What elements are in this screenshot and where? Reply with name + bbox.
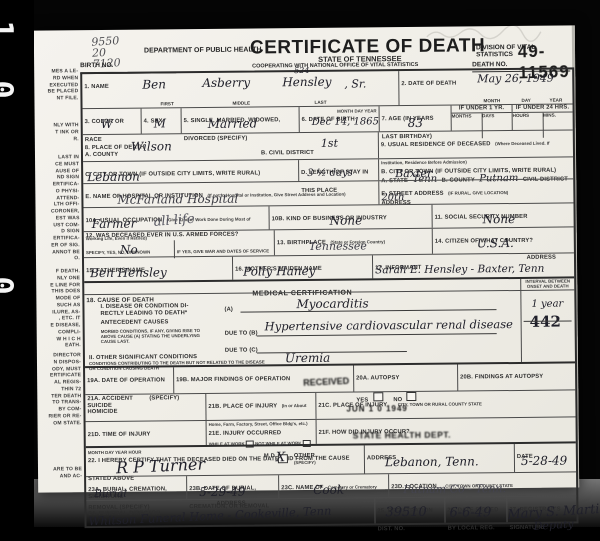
mother-value: Polly Haney	[243, 264, 315, 279]
marital-value: Married	[208, 116, 258, 130]
residence-label: 9. USUAL RESIDENCE OF DECEASED	[381, 141, 491, 148]
certify-address-value: Lebanon, Tenn.	[385, 454, 479, 469]
date-of-operation-label: 19A. DATE OF OPERATION	[87, 377, 165, 384]
accident-label: 21A. ACCIDENT SUICIDE HOMICIDE	[87, 396, 133, 416]
film-edge-mark: 0	[0, 80, 19, 98]
month-sublabel: MONTH	[483, 98, 500, 103]
length-of-stay-value: 3 ½ days	[307, 168, 353, 179]
death-certificate-page: MES A LE- RD WHEN EXECUTED BE PLACED NT …	[34, 25, 579, 492]
occupation-extra-value: all life	[153, 212, 195, 230]
cause-c-label: DUE TO (C)	[225, 347, 258, 354]
md-check-mark: X	[276, 450, 285, 465]
place-of-injury-b-label: 21B. PLACE OF INJURY	[208, 403, 277, 410]
funeral-director-value: Whitson Funeral Home - Cookeville, Tenn	[88, 504, 331, 529]
morbid-note: MORBID CONDITIONS, IF ANY, GIVING RISE T…	[101, 328, 213, 344]
civil-district-value: 1st	[321, 137, 338, 150]
business-value: None	[330, 213, 363, 227]
civil-district-label: B. CIVIL DISTRICT	[261, 150, 314, 157]
interval-header: INTERVAL BETWEEN ONSET AND DEATH	[521, 278, 574, 289]
date-received-stamp: JUN 1 0 1949	[346, 404, 407, 414]
other-label: OTHER	[294, 453, 315, 460]
cause-line1-label: I. DISEASE OR CONDITION DI- RECTLY LEADI…	[100, 303, 188, 317]
residence-city-value: Baxter	[395, 167, 432, 180]
cause-b-label: DUE TO (B)	[225, 330, 258, 337]
last-sublabel: LAST	[314, 100, 326, 105]
autopsy-findings-label: 20B. FINDINGS AT AUTOPSY	[460, 374, 543, 381]
hospital-value: McFarland Hospital	[117, 192, 238, 207]
date-of-death-value: May 26, 1949	[477, 72, 554, 86]
burial-location-value: Putnam Co - Tenn.	[403, 482, 506, 496]
margin-note: F DEATH. NLY ONE E LINE FOR THIS DOES MO…	[36, 268, 81, 349]
time-of-injury-label: 21D. TIME OF INJURY	[88, 432, 151, 439]
margin-note: ARE TO BE AND AC-	[38, 466, 82, 480]
street-address-note: (IF RURAL, GIVE LOCATION)	[448, 190, 508, 196]
film-edge-strip: 1 0 0	[0, 0, 34, 541]
informant-value: Sarah E. Hensley - Baxter, Tenn	[375, 263, 544, 277]
date-signed-value: 6-6-49	[449, 505, 491, 520]
county-value: Wilson	[131, 139, 172, 153]
dob-value: Dec 14, 1865	[312, 116, 379, 128]
burial-date-value: 5-29-49	[199, 485, 245, 499]
name-label: 1. NAME	[84, 84, 109, 90]
registration-dist-value: 39510	[385, 505, 427, 520]
registration-row: 24. FUNERAL DIRECTOR ADDRESS Whitson Fun…	[86, 495, 576, 526]
antecedent-label: ANTECEDENT CAUSES	[101, 319, 169, 326]
margin-note: NLY WITH T INK OR R.	[35, 122, 79, 143]
certify-date-value: 5-28-49	[521, 454, 567, 468]
middle-sublabel: MIDDLE	[232, 101, 250, 106]
occupation-value: Farmer	[92, 217, 137, 231]
year-sublabel: YEAR	[549, 98, 562, 103]
certify-row: 22. I HEREBY CERTIFY THAT THE DECEASED D…	[86, 441, 576, 476]
autopsy-label: 20A. AUTOPSY	[356, 375, 399, 381]
physician-signature: R P Turner	[116, 454, 206, 477]
place-of-injury-c-sublabels: CITY, TOWN OR RURAL COUNTY STATE	[398, 401, 482, 407]
margin-note: DIRECTOR N DISPOS- ODY, MUST ERTIFICATE …	[37, 352, 82, 427]
dob-sublabels: MONTH DAY YEAR	[337, 108, 376, 113]
name-super-number: 524	[294, 66, 309, 75]
military-note2: IF YES, GIVE WAR AND DATES OF SERVICE	[177, 248, 269, 254]
health-dept-stamp: STATE HEALTH DEPT.	[353, 430, 451, 441]
age-value: 83	[408, 116, 423, 130]
name-middle-value: Asberry	[202, 76, 250, 90]
date-of-death-label: 2. DATE OF DEATH	[401, 81, 456, 88]
street-address-label: E. STREET ADDRESS	[381, 191, 443, 198]
funeral-address-label: ADDRESS	[216, 501, 245, 508]
operation-findings-label: 19B. MAJOR FINDINGS OF OPERATION	[176, 376, 290, 383]
first-sublabel: FIRST	[160, 101, 173, 106]
cause-b-value: Hypertensive cardiovascular renal diseas…	[265, 317, 513, 333]
name-suffix-value: , Sr.	[344, 77, 366, 90]
citizen-value: U.S.A.	[477, 236, 514, 250]
sex-value: M	[154, 116, 166, 130]
birthplace-value: Tennessee	[309, 239, 367, 253]
registrar-deputy-value: Deputy	[533, 517, 574, 532]
film-edge-mark: 1	[0, 20, 19, 38]
department-line: DEPARTMENT OF PUBLIC HEALTH	[144, 46, 262, 54]
other-specify-note: (SPECIFY)	[294, 460, 316, 465]
name-row: 1. NAME Ben Asberry Hensley , Sr. 524 FI…	[82, 69, 572, 108]
military-note1: SPECIFY, YES, NO, UNKNOWN	[86, 249, 150, 255]
md-label: M.D.	[264, 453, 277, 460]
margin-note: LAST IN CE MUST AUSE OF ND SIGN ERTIFICA…	[35, 154, 80, 262]
accident-specify-note: (SPECIFY)	[149, 395, 179, 402]
county-label: A. COUNTY	[85, 152, 118, 159]
father-value: Ben Hensley	[90, 265, 167, 280]
military-value: No	[120, 243, 138, 257]
microfilm-scan: 1 0 0 MES A LE- RD WHEN EXECUTED BE PLAC…	[0, 0, 600, 541]
certificate-header: DEPARTMENT OF PUBLIC HEALTH CERTIFICATE …	[80, 31, 570, 72]
burial-value: Burial	[94, 488, 127, 500]
margin-note: MES A LE- RD WHEN EXECUTED BE PLACED NT …	[34, 68, 78, 102]
cemetery-value: Cook	[313, 483, 344, 497]
race-value: W	[101, 117, 113, 131]
injury-occurred-label: 21E. INJURY OCCURRED	[209, 430, 282, 437]
film-edge-mark: 0	[0, 276, 19, 294]
cause-a-prefix: (A)	[224, 307, 233, 314]
ssn-value: None	[483, 212, 516, 226]
cause-of-death-block: 18. CAUSE OF DEATH I. DISEASE OR CONDITI…	[84, 289, 575, 366]
received-stamp: RECEIVED	[303, 376, 349, 388]
day-sublabel: DAY	[521, 98, 530, 103]
name-first-value: Ben	[142, 77, 166, 91]
certificate-form: 1. NAME Ben Asberry Hensley , Sr. 524 FI…	[80, 67, 578, 528]
name-last-value: Hensley	[282, 75, 331, 89]
informant-address-label: ADDRESS	[527, 255, 556, 262]
cause-a-value: Myocarditis	[296, 296, 368, 311]
